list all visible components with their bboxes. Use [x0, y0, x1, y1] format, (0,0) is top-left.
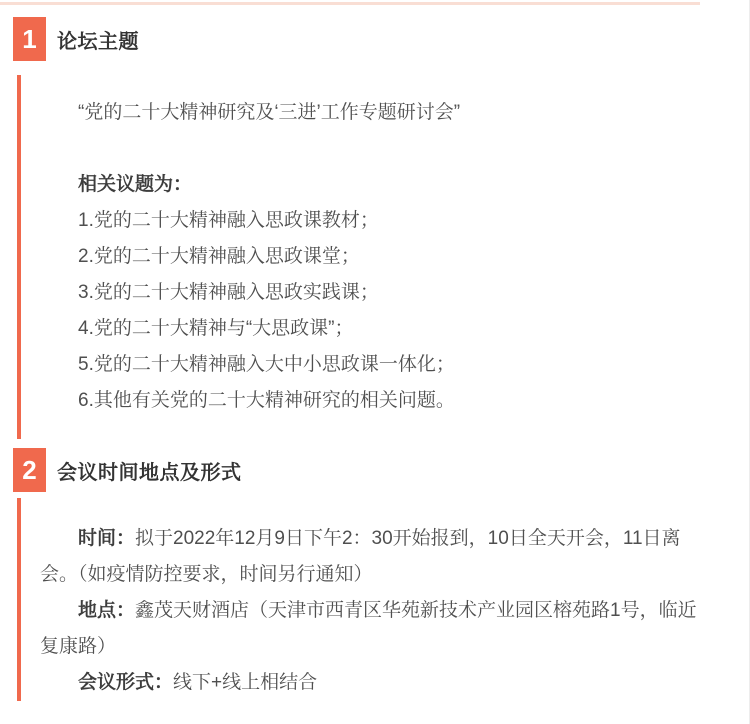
section-forum-theme: 1 论坛主题 “党的二十大精神研究及‘三进’工作专题研讨会” 相关议题为： 1.… — [0, 0, 749, 439]
detail-location-text: 鑫茂天财酒店（天津市西青区华苑新技术产业园区榕苑路1号，临近复康路） — [40, 600, 697, 657]
topic-item: 3.党的二十大精神融入思政实践课； — [40, 275, 713, 311]
detail-format-label: 会议形式： — [78, 672, 173, 693]
section-title: 论坛主题 — [57, 25, 139, 54]
topic-item: 4.党的二十大精神与“大思政课”； — [40, 311, 713, 347]
topic-item: 6.其他有关党的二十大精神研究的相关问题。 — [40, 383, 713, 419]
detail-format: 会议形式：线下+线上相结合 — [40, 665, 713, 701]
article-page: 1 论坛主题 “党的二十大精神研究及‘三进’工作专题研讨会” 相关议题为： 1.… — [0, 0, 750, 724]
topics-heading: 相关议题为： — [40, 167, 713, 203]
section-meeting-info: 2 会议时间地点及形式 时间：拟于2022年12月9日下午2：30开始报到，10… — [0, 448, 749, 701]
detail-time: 时间：拟于2022年12月9日下午2：30开始报到，10日全天开会，11日离会。… — [40, 521, 713, 593]
section-header: 1 论坛主题 — [13, 0, 749, 61]
section-number-badge: 2 — [13, 448, 46, 492]
topic-item: 5.党的二十大精神融入大中小思政课一体化； — [40, 347, 713, 383]
section-header: 2 会议时间地点及形式 — [13, 448, 749, 492]
section-body: 时间：拟于2022年12月9日下午2：30开始报到，10日全天开会，11日离会。… — [17, 498, 713, 701]
detail-time-label: 时间： — [78, 528, 135, 549]
detail-location: 地点：鑫茂天财酒店（天津市西青区华苑新技术产业园区榕苑路1号，临近复康路） — [40, 593, 713, 665]
detail-time-text: 拟于2022年12月9日下午2：30开始报到，10日全天开会，11日离会。（如疫… — [40, 528, 681, 585]
section-title: 会议时间地点及形式 — [57, 456, 242, 485]
theme-quote: “党的二十大精神研究及‘三进’工作专题研讨会” — [40, 95, 713, 131]
detail-location-label: 地点： — [78, 600, 135, 621]
topic-item: 1.党的二十大精神融入思政课教材； — [40, 203, 713, 239]
detail-format-text: 线下+线上相结合 — [173, 672, 317, 693]
topic-item: 2.党的二十大精神融入思政课堂； — [40, 239, 713, 275]
section-number-badge: 1 — [13, 17, 46, 61]
top-divider — [0, 2, 700, 5]
section-body: “党的二十大精神研究及‘三进’工作专题研讨会” 相关议题为： 1.党的二十大精神… — [17, 75, 713, 439]
